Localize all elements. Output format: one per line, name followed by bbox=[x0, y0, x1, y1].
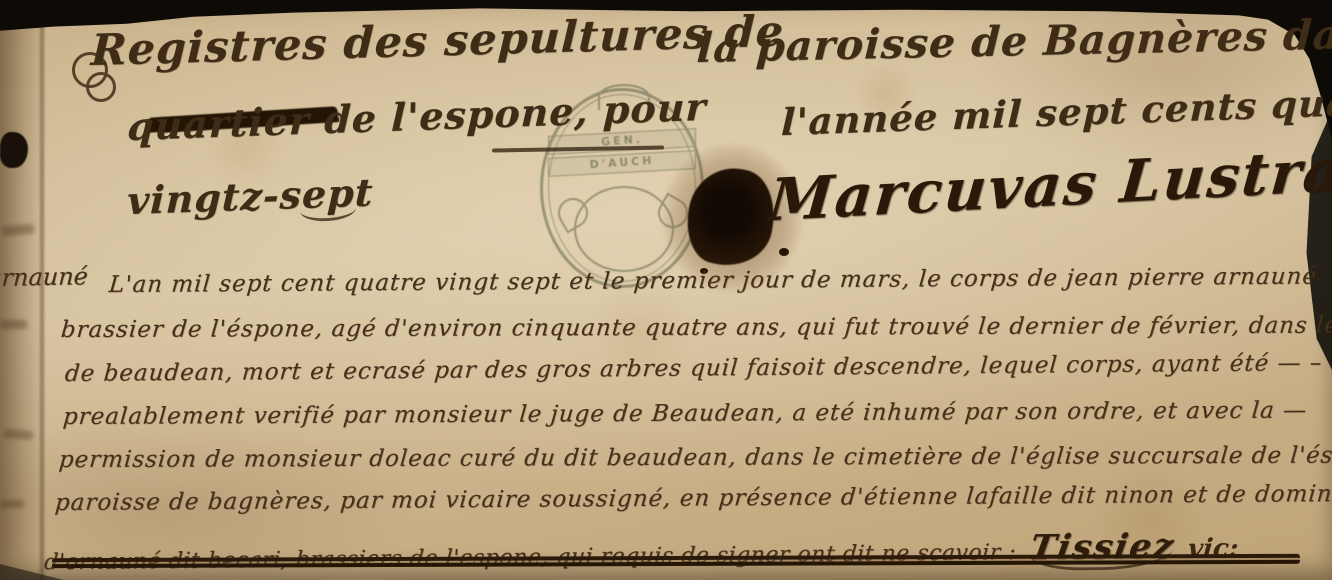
act-text-line: permission de monsieur doleac curé du di… bbox=[58, 442, 1332, 473]
act-text-line: brassier de l'éspone, agé d'environ cinq… bbox=[60, 312, 1332, 343]
ornament-loop bbox=[86, 72, 116, 102]
stamp-cartouche bbox=[574, 186, 674, 272]
manuscript-scan: GEN. D'AUCH Registres des sepultures de … bbox=[0, 0, 1332, 580]
showthrough-text-mark bbox=[4, 429, 34, 440]
ink-splatter-dot bbox=[779, 248, 789, 256]
showthrough-text-mark bbox=[0, 500, 24, 508]
showthrough-text-mark bbox=[0, 320, 27, 329]
margin-name-annotation: arnauné bbox=[0, 262, 89, 292]
